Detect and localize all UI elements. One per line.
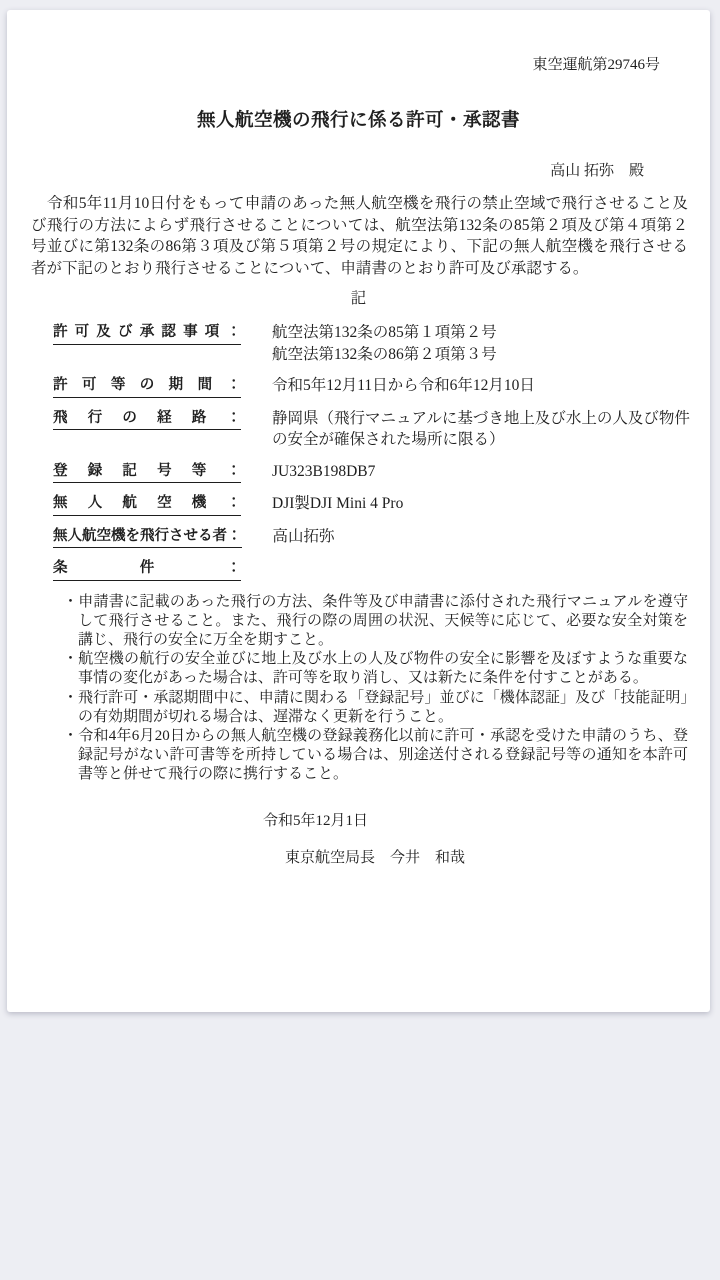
conditions-list: ・申請書に記載のあった飛行の方法、条件等及び申請書に添付された飛行マニュアルを遵…	[63, 593, 688, 785]
field-row-operator: 無人航空機を飛行させる者： 高山拓弥	[53, 526, 690, 549]
record-marker: 記	[7, 288, 710, 310]
field-row-aircraft: 無人航空機： DJI製DJI Mini 4 Pro	[53, 493, 690, 516]
addressee-name: 高山 拓弥 殿	[7, 161, 710, 182]
permit-document-page: 東空運航第29746号 無人航空機の飛行に係る許可・承認書 高山 拓弥 殿 令和…	[7, 10, 710, 1012]
field-label-flight-route: 飛行の経路：	[53, 408, 241, 431]
field-label-aircraft: 無人航空機：	[53, 493, 241, 516]
field-list: 許可及び承認事項： 航空法第132条の85第１項第２号 航空法第132条の86第…	[53, 322, 690, 581]
field-value-operator: 高山拓弥	[273, 526, 691, 548]
field-value-flight-route: 静岡県（飛行マニュアルに基づき地上及び水上の人及び物件の安全が確保された場所に限…	[272, 408, 690, 451]
condition-item: ・飛行許可・承認期間中に、申請に関わる「登録記号」並びに「機体認証」及び「技能証…	[63, 689, 688, 727]
field-row-approval-items: 許可及び承認事項： 航空法第132条の85第１項第２号 航空法第132条の86第…	[53, 322, 690, 365]
field-value-registration-id: JU323B198DB7	[272, 461, 690, 483]
field-label-registration-id: 登録記号等：	[53, 461, 241, 484]
condition-item: ・航空機の航行の安全並びに地上及び水上の人及び物件の安全に影響を及ぼすような重要…	[63, 650, 688, 688]
field-label-conditions: 条件：	[53, 558, 241, 581]
document-number: 東空運航第29746号	[7, 10, 710, 75]
field-label-operator: 無人航空機を飛行させる者：	[53, 526, 242, 549]
document-title: 無人航空機の飛行に係る許可・承認書	[7, 108, 710, 134]
condition-item: ・令和4年6月20日からの無人航空機の登録義務化以前に許可・承認を受けた申請のう…	[63, 727, 688, 785]
condition-item: ・申請書に記載のあった飛行の方法、条件等及び申請書に添付された飛行マニュアルを遵…	[63, 593, 688, 651]
field-label-permit-period: 許可等の期間：	[53, 375, 241, 398]
field-label-approval-items: 許可及び承認事項：	[53, 322, 241, 345]
field-value-permit-period: 令和5年12月11日から令和6年12月10日	[272, 375, 690, 397]
field-value-aircraft: DJI製DJI Mini 4 Pro	[272, 493, 690, 515]
field-row-permit-period: 許可等の期間： 令和5年12月11日から令和6年12月10日	[53, 375, 690, 398]
issue-date: 令和5年12月1日	[263, 811, 710, 831]
field-row-flight-route: 飛行の経路： 静岡県（飛行マニュアルに基づき地上及び水上の人及び物件の安全が確保…	[53, 408, 690, 451]
field-value-approval-items: 航空法第132条の85第１項第２号 航空法第132条の86第２項第３号	[272, 322, 690, 365]
approval-paragraph: 令和5年11月10日付をもって申請のあった無人航空機を飛行の禁止空域で飛行させる…	[31, 193, 688, 279]
issuer-signature: 東京航空局長 今井 和哉	[285, 848, 710, 868]
field-row-conditions: 条件：	[53, 558, 690, 581]
field-row-registration-id: 登録記号等： JU323B198DB7	[53, 461, 690, 484]
